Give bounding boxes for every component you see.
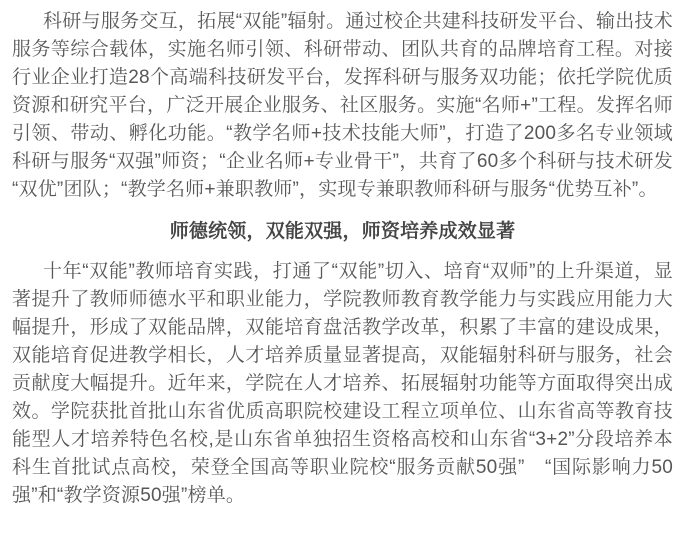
- article-page: 科研与服务交互，拓展“双能”辐射。通过校企共建科技研发平台、输出技术服务等综合载…: [0, 0, 686, 550]
- paragraph-research-service: 科研与服务交互，拓展“双能”辐射。通过校企共建科技研发平台、输出技术服务等综合载…: [12, 8, 673, 204]
- section-heading: 师德统领，双能双强，师资培养成效显著: [12, 218, 673, 246]
- paragraph-training-results: 十年“双能”教师培育实践，打通了“双能”切入、培育“双师”的上升渠道，显著提升了…: [12, 258, 673, 510]
